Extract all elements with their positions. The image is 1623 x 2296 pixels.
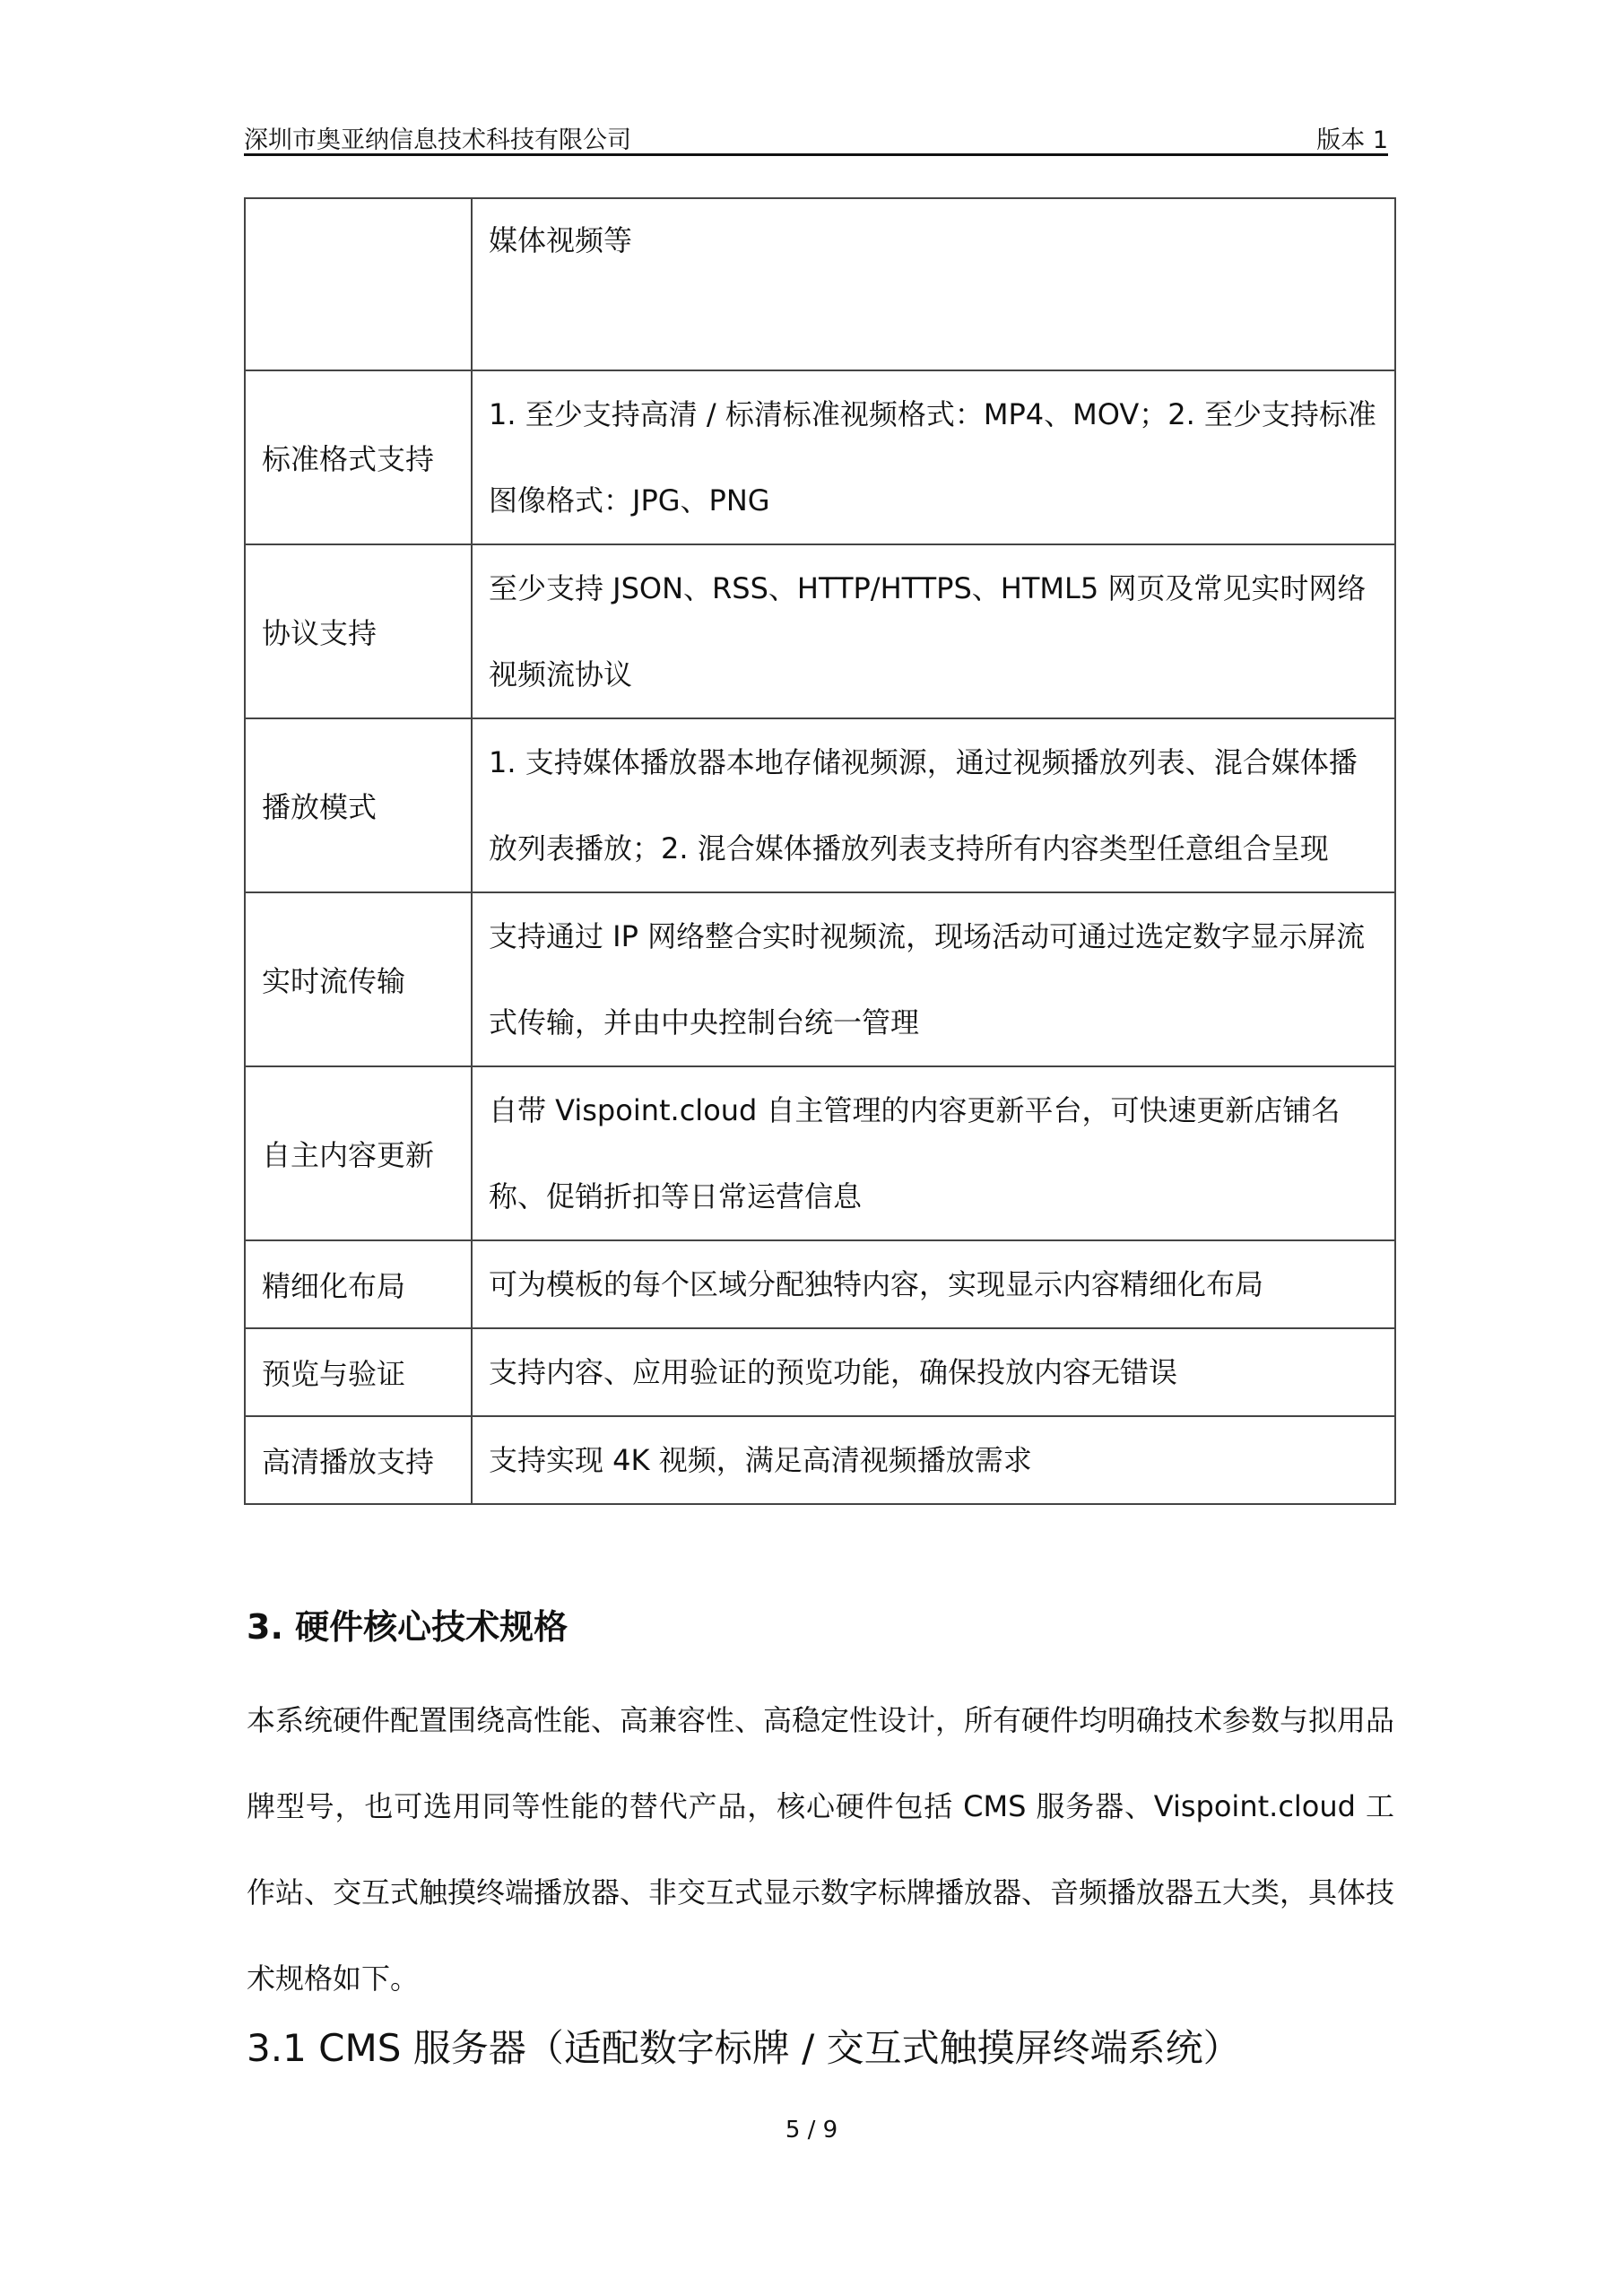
document-version: 版本 1 bbox=[1316, 126, 1388, 156]
row-label: 实时流传输 bbox=[245, 892, 472, 1066]
table-row: 高清播放支持 支持实现 4K 视频，满足高清视频播放需求 bbox=[245, 1416, 1395, 1504]
row-value: 支持内容、应用验证的预览功能，确保投放内容无错误 bbox=[472, 1328, 1395, 1416]
table-row: 协议支持 至少支持 JSON、RSS、HTTP/HTTPS、HTML5 网页及常… bbox=[245, 544, 1395, 718]
row-label: 标准格式支持 bbox=[245, 370, 472, 544]
header-divider bbox=[244, 153, 1388, 156]
section-heading: 3. 硬件核心技术规格 bbox=[247, 1604, 568, 1650]
table-row: 精细化布局 可为模板的每个区域分配独特内容，实现显示内容精细化布局 bbox=[245, 1240, 1395, 1328]
row-value: 支持通过 IP 网络整合实时视频流，现场活动可通过选定数字显示屏流式传输，并由中… bbox=[472, 892, 1395, 1066]
page-number: 5 / 9 bbox=[0, 2115, 1623, 2145]
company-name: 深圳市奥亚纳信息技术科技有限公司 bbox=[244, 126, 631, 156]
table-row: 播放模式 1. 支持媒体播放器本地存储视频源，通过视频播放列表、混合媒体播放列表… bbox=[245, 718, 1395, 892]
row-label: 自主内容更新 bbox=[245, 1066, 472, 1240]
row-value: 1. 支持媒体播放器本地存储视频源，通过视频播放列表、混合媒体播放列表播放；2.… bbox=[472, 718, 1395, 892]
page-header: 深圳市奥亚纳信息技术科技有限公司 版本 1 bbox=[244, 117, 1388, 156]
table-row: 媒体视频等 bbox=[245, 198, 1395, 370]
row-value: 媒体视频等 bbox=[472, 198, 1395, 370]
table-row: 标准格式支持 1. 至少支持高清 / 标清标准视频格式：MP4、MOV；2. 至… bbox=[245, 370, 1395, 544]
row-value: 可为模板的每个区域分配独特内容，实现显示内容精细化布局 bbox=[472, 1240, 1395, 1328]
row-value: 自带 Vispoint.cloud 自主管理的内容更新平台，可快速更新店铺名称、… bbox=[472, 1066, 1395, 1240]
row-label: 精细化布局 bbox=[245, 1240, 472, 1328]
row-value: 支持实现 4K 视频，满足高清视频播放需求 bbox=[472, 1416, 1395, 1504]
row-label: 高清播放支持 bbox=[245, 1416, 472, 1504]
table-row: 预览与验证 支持内容、应用验证的预览功能，确保投放内容无错误 bbox=[245, 1328, 1395, 1416]
subsection-heading: 3.1 CMS 服务器（适配数字标牌 / 交互式触摸屏终端系统） bbox=[247, 2023, 1241, 2074]
row-label: 预览与验证 bbox=[245, 1328, 472, 1416]
row-value: 至少支持 JSON、RSS、HTTP/HTTPS、HTML5 网页及常见实时网络… bbox=[472, 544, 1395, 718]
row-label bbox=[245, 198, 472, 370]
row-label: 协议支持 bbox=[245, 544, 472, 718]
table-row: 自主内容更新 自带 Vispoint.cloud 自主管理的内容更新平台，可快速… bbox=[245, 1066, 1395, 1240]
row-value: 1. 至少支持高清 / 标清标准视频格式：MP4、MOV；2. 至少支持标准图像… bbox=[472, 370, 1395, 544]
row-label: 播放模式 bbox=[245, 718, 472, 892]
section-paragraph: 本系统硬件配置围绕高性能、高兼容性、高稳定性设计，所有硬件均明确技术参数与拟用品… bbox=[247, 1677, 1394, 2022]
table-row: 实时流传输 支持通过 IP 网络整合实时视频流，现场活动可通过选定数字显示屏流式… bbox=[245, 892, 1395, 1066]
spec-table: 媒体视频等 标准格式支持 1. 至少支持高清 / 标清标准视频格式：MP4、MO… bbox=[244, 197, 1396, 1505]
